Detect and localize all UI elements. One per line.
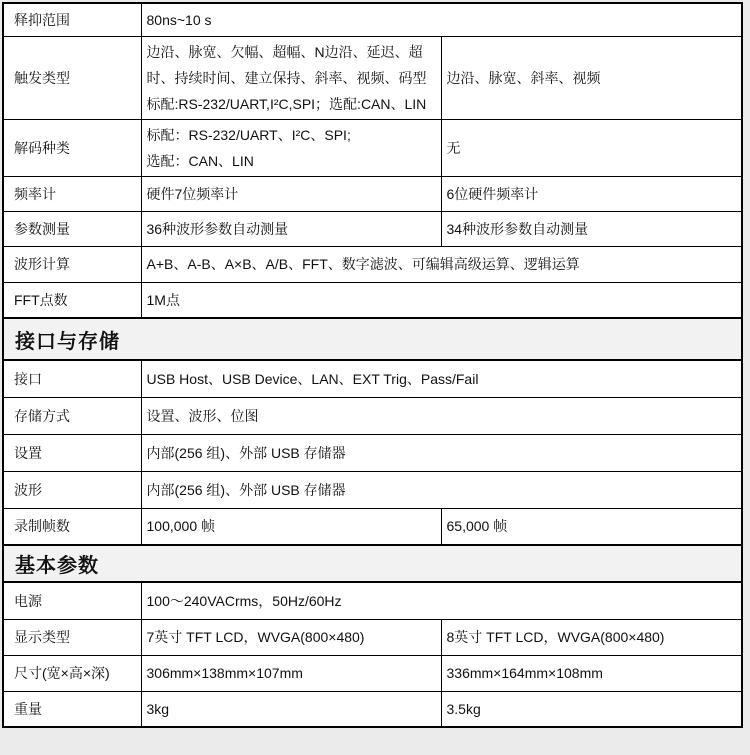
row-label: 接口 <box>3 360 141 397</box>
table-row: 电源 100～240VACrms，50Hz/60Hz <box>3 582 742 619</box>
row-label: 参数测量 <box>3 211 141 246</box>
row-value-right: 6位硬件频率计 <box>441 176 742 211</box>
row-label: 尺寸(宽×高×深) <box>3 655 141 691</box>
table-row: 释抑范围 80ns~10 s <box>3 3 742 36</box>
row-label: FFT点数 <box>3 282 141 318</box>
table-row: 重量 3kg 3.5kg <box>3 691 742 727</box>
row-value: 100～240VACrms，50Hz/60Hz <box>141 582 742 619</box>
row-label: 设置 <box>3 434 141 471</box>
spec-table: 释抑范围 80ns~10 s 触发类型 边沿、脉宽、欠幅、超幅、N边沿、延迟、超… <box>2 2 743 728</box>
row-value-right: 无 <box>441 119 742 176</box>
spec-page: 释抑范围 80ns~10 s 触发类型 边沿、脉宽、欠幅、超幅、N边沿、延迟、超… <box>0 0 750 755</box>
row-value-left: 7英寸 TFT LCD，WVGA(800×480) <box>141 619 441 655</box>
table-row: 设置 内部(256 组)、外部 USB 存储器 <box>3 434 742 471</box>
row-value: USB Host、USB Device、LAN、EXT Trig、Pass/Fa… <box>141 360 742 397</box>
row-value: 1M点 <box>141 282 742 318</box>
table-row: 频率计 硬件7位频率计 6位硬件频率计 <box>3 176 742 211</box>
table-row: 触发类型 边沿、脉宽、欠幅、超幅、N边沿、延迟、超 时、持续时间、建立保持、斜率… <box>3 36 742 119</box>
row-value: 内部(256 组)、外部 USB 存储器 <box>141 471 742 508</box>
table-row: 波形计算 A+B、A-B、A×B、A/B、FFT、数字滤波、可编辑高级运算、逻辑… <box>3 246 742 282</box>
row-value-right: 3.5kg <box>441 691 742 727</box>
row-value: A+B、A-B、A×B、A/B、FFT、数字滤波、可编辑高级运算、逻辑运算 <box>141 246 742 282</box>
table-row: 接口 USB Host、USB Device、LAN、EXT Trig、Pass… <box>3 360 742 397</box>
row-value-left: 36种波形参数自动测量 <box>141 211 441 246</box>
row-value-left: 硬件7位频率计 <box>141 176 441 211</box>
row-label: 波形 <box>3 471 141 508</box>
row-label: 释抑范围 <box>3 3 141 36</box>
row-value-right: 336mm×164mm×108mm <box>441 655 742 691</box>
section-header-row: 接口与存储 <box>3 318 742 360</box>
table-row: 录制帧数 100,000 帧 65,000 帧 <box>3 508 742 545</box>
row-value-left: 边沿、脉宽、欠幅、超幅、N边沿、延迟、超 时、持续时间、建立保持、斜率、视频、码… <box>141 36 441 119</box>
row-value-left: 306mm×138mm×107mm <box>141 655 441 691</box>
row-value-left: 3kg <box>141 691 441 727</box>
row-value-left: 100,000 帧 <box>141 508 441 545</box>
row-value: 设置、波形、位图 <box>141 397 742 434</box>
row-value-right: 34种波形参数自动测量 <box>441 211 742 246</box>
row-label: 触发类型 <box>3 36 141 119</box>
row-value-right: 8英寸 TFT LCD，WVGA(800×480) <box>441 619 742 655</box>
table-row: 尺寸(宽×高×深) 306mm×138mm×107mm 336mm×164mm×… <box>3 655 742 691</box>
row-label: 频率计 <box>3 176 141 211</box>
section-header-row: 基本参数 <box>3 545 742 582</box>
row-label: 解码种类 <box>3 119 141 176</box>
row-value-right: 边沿、脉宽、斜率、视频 <box>441 36 742 119</box>
section-title: 基本参数 <box>3 545 742 582</box>
row-label: 显示类型 <box>3 619 141 655</box>
table-row: FFT点数 1M点 <box>3 282 742 318</box>
section-title: 接口与存储 <box>3 318 742 360</box>
row-label: 存储方式 <box>3 397 141 434</box>
row-value-right: 65,000 帧 <box>441 508 742 545</box>
table-row: 存储方式 设置、波形、位图 <box>3 397 742 434</box>
table-row: 显示类型 7英寸 TFT LCD，WVGA(800×480) 8英寸 TFT L… <box>3 619 742 655</box>
row-label: 电源 <box>3 582 141 619</box>
row-value-left: 标配：RS-232/UART、I²C、SPI; 选配：CAN、LIN <box>141 119 441 176</box>
table-row: 波形 内部(256 组)、外部 USB 存储器 <box>3 471 742 508</box>
row-value: 80ns~10 s <box>141 3 742 36</box>
table-row: 解码种类 标配：RS-232/UART、I²C、SPI; 选配：CAN、LIN … <box>3 119 742 176</box>
table-row: 参数测量 36种波形参数自动测量 34种波形参数自动测量 <box>3 211 742 246</box>
row-label: 波形计算 <box>3 246 141 282</box>
row-label: 重量 <box>3 691 141 727</box>
row-value: 内部(256 组)、外部 USB 存储器 <box>141 434 742 471</box>
row-label: 录制帧数 <box>3 508 141 545</box>
